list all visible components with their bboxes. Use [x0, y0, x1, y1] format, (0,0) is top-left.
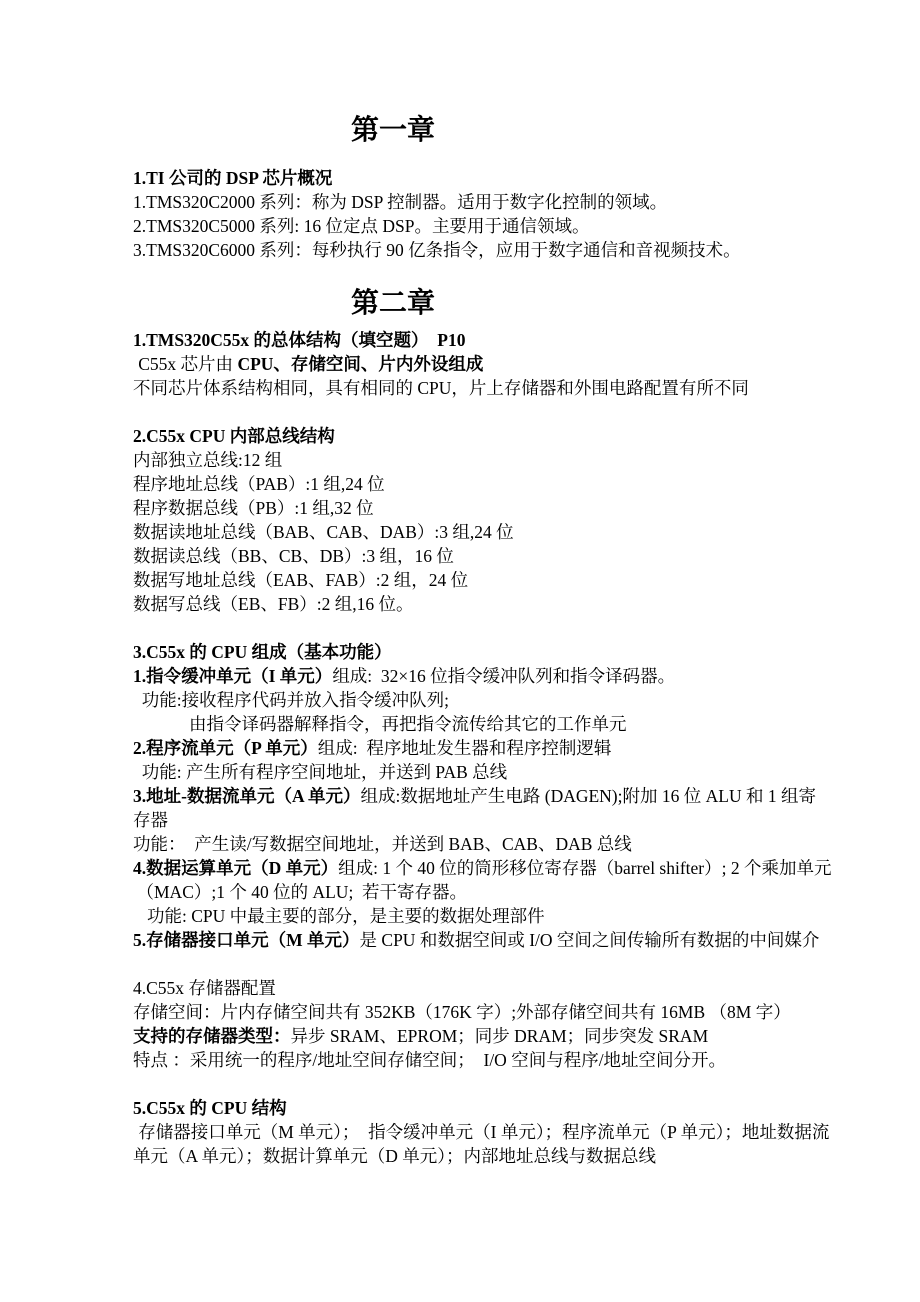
chapter-2-title: 第二章 — [133, 287, 653, 321]
text-line: 存器 — [133, 808, 793, 832]
text-run: 1.TMS320C2000 系列：称为 DSP 控制器。适用于数字化控制的领域。 — [133, 192, 667, 212]
text-run: 程序数据总线（PB）:1 组,32 位 — [133, 498, 374, 518]
text-run: 组成: 1 个 40 位的筒形移位寄存器（barrel shifter）; 2 … — [338, 858, 831, 878]
text-line: 1.指令缓冲单元（I 单元）组成: 32×16 位指令缓冲队列和指令译码器。 — [133, 664, 793, 688]
text-run: 存器 — [133, 810, 168, 830]
text-line: 5.存储器接口单元（M 单元）是 CPU 和数据空间或 I/O 空间之间传输所有… — [133, 928, 793, 952]
text-run: 程序地址总线（PAB）:1 组,24 位 — [133, 474, 385, 494]
text-run: 功能:接收程序代码并放入指令缓冲队列; — [142, 690, 449, 710]
text-line: 由指令译码器解释指令，再把指令流传给其它的工作单元 — [133, 712, 793, 736]
text-run: C55x 芯片由 — [138, 354, 237, 374]
text-line: 4.数据运算单元（D 单元）组成: 1 个 40 位的筒形移位寄存器（barre… — [133, 856, 793, 880]
text-line: 数据读地址总线（BAB、CAB、DAB）:3 组,24 位 — [133, 520, 793, 544]
text-line: 支持的存储器类型：异步 SRAM、EPROM；同步 DRAM；同步突发 SRAM — [133, 1024, 793, 1048]
text-run: 数据写总线（EB、FB）:2 组,16 位。 — [133, 594, 414, 614]
text-run: 1.指令缓冲单元（I 单元） — [133, 666, 332, 686]
text-line: 1.TI 公司的 DSP 芯片概况 — [133, 166, 793, 190]
text-line: 2.程序流单元（P 单元）组成: 程序地址发生器和程序控制逻辑 — [133, 736, 793, 760]
text-run: 数据写地址总线（EAB、FAB）:2 组，24 位 — [133, 570, 468, 590]
text-line: 2.C55x CPU 内部总线结构 — [133, 424, 793, 448]
text-run: 存储器接口单元（M 单元）； 指令缓冲单元（I 单元）；程序流单元（P 单元）；… — [138, 1122, 829, 1142]
text-line: 数据写地址总线（EAB、FAB）:2 组，24 位 — [133, 568, 793, 592]
text-run: 不同芯片体系结构相同，具有相同的 CPU，片上存储器和外围电路配置有所不同 — [133, 378, 749, 398]
text-run: 4.数据运算单元（D 单元） — [133, 858, 338, 878]
text-line: 功能: 产生所有程序空间地址，并送到 PAB 总线 — [133, 760, 793, 784]
text-run: 功能： 产生读/写数据空间地址，并送到 BAB、CAB、DAB 总线 — [133, 834, 632, 854]
text-run: 3.C55x 的 CPU 组成（基本功能） — [133, 642, 392, 662]
text-run: CPU、存储空间、片内外设组成 — [237, 354, 483, 374]
chapter-2-body: 1.TMS320C55x 的总体结构（填空题） P10C55x 芯片由 CPU、… — [133, 328, 793, 1168]
text-line: 功能： 产生读/写数据空间地址，并送到 BAB、CAB、DAB 总线 — [133, 832, 793, 856]
text-run: 存储空间：片内存储空间共有 352KB（176K 字）;外部存储空间共有 16M… — [133, 1002, 791, 1022]
text-line: 功能: CPU 中最主要的部分，是主要的数据处理部件 — [133, 904, 793, 928]
text-line: 内部独立总线:12 组 — [133, 448, 793, 472]
text-run: 组成:数据地址产生电路 (DAGEN);附加 16 位 ALU 和 1 组寄 — [361, 786, 816, 806]
text-run: （MAC）;1 个 40 位的 ALU; 若干寄存器。 — [137, 882, 468, 902]
text-run: 2.C55x CPU 内部总线结构 — [133, 426, 335, 446]
text-run: 是 CPU 和数据空间或 I/O 空间之间传输所有数据的中间媒介 — [360, 930, 820, 950]
text-run: 1.TI 公司的 DSP 芯片概况 — [133, 168, 332, 188]
text-line: 数据读总线（BB、CB、DB）:3 组，16 位 — [133, 544, 793, 568]
blank-line — [133, 1072, 793, 1096]
text-line: 功能:接收程序代码并放入指令缓冲队列; — [133, 688, 793, 712]
text-run: 5.C55x 的 CPU 结构 — [133, 1098, 287, 1118]
text-line: 3.TMS320C6000 系列：每秒执行 90 亿条指令，应用于数字通信和音视… — [133, 238, 793, 262]
blank-line — [133, 400, 793, 424]
text-run: 支持的存储器类型： — [133, 1026, 291, 1046]
text-line: 3.地址-数据流单元（A 单元）组成:数据地址产生电路 (DAGEN);附加 1… — [133, 784, 793, 808]
text-line: C55x 芯片由 CPU、存储空间、片内外设组成 — [133, 352, 793, 376]
text-run: 1.TMS320C55x 的总体结构（填空题） P10 — [133, 330, 466, 350]
text-line: （MAC）;1 个 40 位的 ALU; 若干寄存器。 — [133, 880, 793, 904]
document-page: 第一章 1.TI 公司的 DSP 芯片概况1.TMS320C2000 系列：称为… — [0, 0, 920, 1302]
text-run: 3.地址-数据流单元（A 单元） — [133, 786, 361, 806]
chapter-1-title: 第一章 — [133, 114, 653, 148]
text-line: 2.TMS320C5000 系列: 16 位定点 DSP。主要用于通信领域。 — [133, 214, 793, 238]
text-run: 单元（A 单元）；数据计算单元（D 单元）；内部地址总线与数据总线 — [133, 1146, 656, 1166]
text-run: 3.TMS320C6000 系列：每秒执行 90 亿条指令，应用于数字通信和音视… — [133, 240, 741, 260]
text-run: 5.存储器接口单元（M 单元） — [133, 930, 360, 950]
chapter-1-body: 1.TI 公司的 DSP 芯片概况1.TMS320C2000 系列：称为 DSP… — [133, 166, 793, 262]
text-run: 2.程序流单元（P 单元） — [133, 738, 318, 758]
text-run: 特点 ：采用统一的程序/地址空间存储空间； I/O 空间与程序/地址空间分开。 — [133, 1050, 726, 1070]
text-line: 不同芯片体系结构相同，具有相同的 CPU，片上存储器和外围电路配置有所不同 — [133, 376, 793, 400]
text-line: 特点 ：采用统一的程序/地址空间存储空间； I/O 空间与程序/地址空间分开。 — [133, 1048, 793, 1072]
text-run: 内部独立总线:12 组 — [133, 450, 282, 470]
text-run: 组成: 程序地址发生器和程序控制逻辑 — [318, 738, 612, 758]
text-run: 4.C55x 存储器配置 — [133, 978, 276, 998]
text-line: 程序地址总线（PAB）:1 组,24 位 — [133, 472, 793, 496]
text-run: 数据读地址总线（BAB、CAB、DAB）:3 组,24 位 — [133, 522, 514, 542]
text-run: 功能: 产生所有程序空间地址，并送到 PAB 总线 — [142, 762, 507, 782]
text-line: 单元（A 单元）；数据计算单元（D 单元）；内部地址总线与数据总线 — [133, 1144, 793, 1168]
text-line: 1.TMS320C55x 的总体结构（填空题） P10 — [133, 328, 793, 352]
text-run: 2.TMS320C5000 系列: 16 位定点 DSP。主要用于通信领域。 — [133, 216, 590, 236]
text-line: 4.C55x 存储器配置 — [133, 976, 793, 1000]
text-line: 数据写总线（EB、FB）:2 组,16 位。 — [133, 592, 793, 616]
text-line: 程序数据总线（PB）:1 组,32 位 — [133, 496, 793, 520]
text-run: 数据读总线（BB、CB、DB）:3 组，16 位 — [133, 546, 454, 566]
text-run: 组成: 32×16 位指令缓冲队列和指令译码器。 — [332, 666, 675, 686]
text-line: 5.C55x 的 CPU 结构 — [133, 1096, 793, 1120]
text-line: 存储器接口单元（M 单元）； 指令缓冲单元（I 单元）；程序流单元（P 单元）；… — [133, 1120, 793, 1144]
text-run: 由指令译码器解释指令，再把指令流传给其它的工作单元 — [189, 714, 627, 734]
text-line: 1.TMS320C2000 系列：称为 DSP 控制器。适用于数字化控制的领域。 — [133, 190, 793, 214]
text-line: 3.C55x 的 CPU 组成（基本功能） — [133, 640, 793, 664]
text-line: 存储空间：片内存储空间共有 352KB（176K 字）;外部存储空间共有 16M… — [133, 1000, 793, 1024]
blank-line — [133, 952, 793, 976]
text-run: 异步 SRAM、EPROM；同步 DRAM；同步突发 SRAM — [291, 1026, 709, 1046]
text-run: 功能: CPU 中最主要的部分，是主要的数据处理部件 — [147, 906, 545, 926]
blank-line — [133, 616, 793, 640]
